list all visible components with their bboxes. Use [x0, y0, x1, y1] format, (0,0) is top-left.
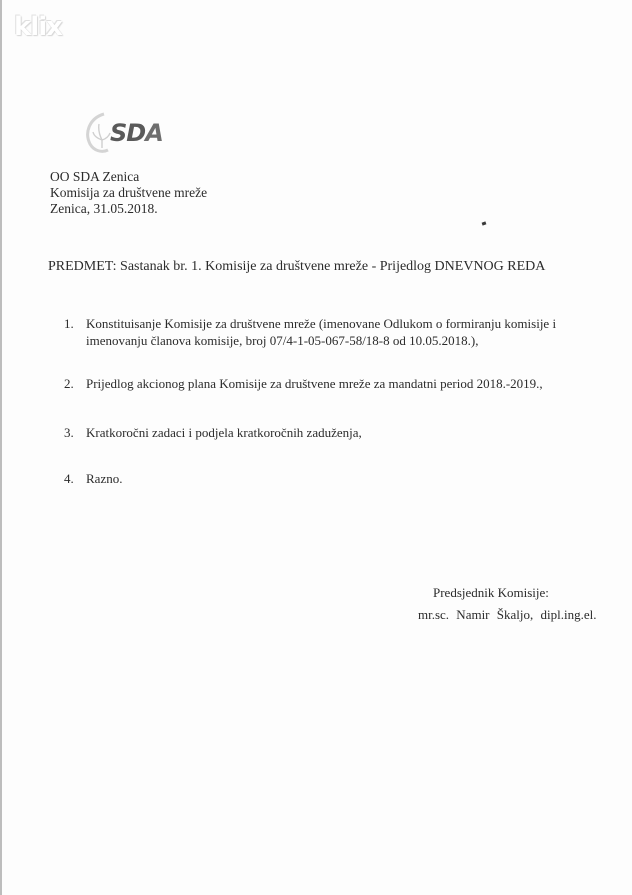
agenda-item: 1. Konstituisanje Komisije za društvene … — [64, 315, 606, 349]
sda-logo-text: SDA — [110, 119, 163, 147]
agenda-item: 3. Kratkoročni zadaci i podjela kratkoro… — [64, 424, 606, 441]
scan-speck — [482, 221, 487, 225]
agenda-item-text: Kratkoročni zadaci i podjela kratkoročni… — [86, 424, 606, 441]
signature-name: mr.sc. Namir Škaljo, dipl.ing.el. — [418, 605, 596, 625]
agenda-item: 2. Prijedlog akcionog plana Komisije za … — [64, 375, 606, 392]
agenda-item-number: 2. — [64, 375, 86, 392]
sda-logo: SDA — [82, 110, 182, 155]
sender-place-date: Zenica, 31.05.2018. — [50, 201, 207, 217]
agenda-item-number: 3. — [64, 424, 86, 441]
signature-block: Predsjednik Komisije: mr.sc. Namir Škalj… — [418, 583, 596, 625]
agenda-item-number: 1. — [64, 315, 86, 349]
signature-title: Predsjednik Komisije: — [418, 583, 596, 603]
klix-watermark: klix — [14, 12, 62, 42]
agenda-item-text: Prijedlog akcionog plana Komisije za dru… — [86, 375, 606, 392]
subject-line: PREDMET: Sastanak br. 1. Komisije za dru… — [48, 259, 545, 275]
scan-page-edge — [0, 0, 2, 895]
sender-block: OO SDA Zenica Komisija za društvene mrež… — [50, 169, 207, 217]
agenda-item-text: Razno. — [86, 470, 606, 487]
sender-organization: OO SDA Zenica — [50, 169, 207, 185]
sender-committee: Komisija za društvene mreže — [50, 185, 207, 201]
agenda-item: 4. Razno. — [64, 470, 606, 487]
agenda-item-text: Konstituisanje Komisije za društvene mre… — [86, 315, 606, 349]
agenda-item-number: 4. — [64, 470, 86, 487]
